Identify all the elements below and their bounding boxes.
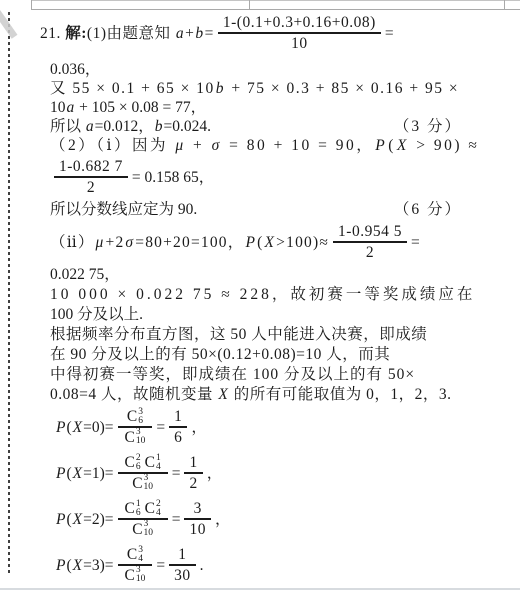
math-variable: b bbox=[195, 24, 203, 43]
fraction-numerator: 1-0.954 5 bbox=[333, 222, 407, 241]
text-run: 0.08=4 人，故随机变量 bbox=[50, 385, 217, 404]
combination-subscript: 10 bbox=[136, 437, 146, 446]
page-edge-dotted-line bbox=[8, 12, 10, 576]
text-run: =2)= bbox=[83, 510, 113, 529]
combination-letter: C bbox=[145, 499, 155, 518]
combination-letter: C bbox=[125, 453, 135, 472]
solution-line: 21. 解:(1)由题意知 a+b=1-(0.1+0.3+0.16+0.08)1… bbox=[40, 6, 502, 60]
solution-line: 1-0.682 72= 0.158 65， bbox=[50, 155, 502, 199]
fraction-denominator: 2 bbox=[184, 474, 202, 493]
math-variable: X bbox=[73, 510, 82, 529]
combination-letter: C bbox=[127, 545, 137, 564]
text-run: + bbox=[185, 24, 194, 43]
text-run: 的所有可能取值为 0，1，2，3. bbox=[229, 385, 451, 404]
fraction: C16C24C310 bbox=[118, 499, 168, 539]
text-run: + 75 × 0.3 + 85 × 0.16 + 95 × bbox=[226, 79, 459, 98]
combination-symbol: C24 bbox=[145, 499, 161, 518]
fraction-denominator: 6 bbox=[169, 428, 187, 447]
text-run: = bbox=[385, 24, 394, 43]
math-variable: X bbox=[218, 385, 228, 404]
fraction-numerator: 3 bbox=[189, 499, 207, 518]
fraction: 1-0.954 52 bbox=[333, 222, 407, 262]
fraction: C26C14C310 bbox=[118, 453, 168, 493]
combination-letter: C bbox=[125, 566, 135, 585]
combination-subscript: 10 bbox=[144, 483, 154, 492]
text-run: =3)= bbox=[83, 556, 113, 575]
combination-symbol: C310 bbox=[132, 474, 153, 493]
solution-line: P(X=1)=C26C14C310=12， bbox=[55, 450, 502, 496]
combination-subscript: 6 bbox=[136, 509, 141, 518]
text-run: =0.024. bbox=[164, 117, 212, 136]
solution-line: 中得初赛一等奖，即成绩在 100 分及以上的有 50× bbox=[50, 364, 502, 384]
math-variable: P bbox=[375, 136, 387, 155]
math-variable: b bbox=[155, 117, 163, 136]
math-variable: X bbox=[265, 233, 276, 252]
solution-line: 所以分数线应定为 90.（6 分） bbox=[50, 199, 502, 219]
fraction-numerator: 1-0.682 7 bbox=[54, 157, 128, 176]
fraction: 16 bbox=[169, 407, 187, 447]
text-run: 10 000 × 0.022 75 ≈ 228，故初赛一等奖成绩应在 bbox=[50, 285, 475, 304]
text-run: ( bbox=[388, 136, 396, 155]
text-run: 30 bbox=[174, 566, 191, 585]
text-run: 又 55 × 0.1 + 65 × 10 bbox=[50, 79, 215, 98]
text-run: = bbox=[205, 24, 214, 43]
text-run: ( bbox=[66, 464, 71, 483]
text-run: 根据频率分布直方图，这 50 人中能进入决赛，即成绩 bbox=[50, 325, 427, 344]
combination-scripts: 310 bbox=[144, 474, 154, 492]
combination-symbol: C310 bbox=[125, 428, 146, 447]
text-run: = bbox=[172, 464, 181, 483]
text-run: 1 bbox=[189, 453, 197, 472]
fraction: 130 bbox=[169, 545, 196, 585]
text-run: ( bbox=[66, 556, 71, 575]
text-run: 6 bbox=[174, 428, 182, 447]
combination-subscript: 10 bbox=[136, 575, 146, 584]
fraction: 1-0.682 72 bbox=[54, 157, 128, 197]
text-run: 1-0.682 7 bbox=[59, 157, 123, 176]
fraction: C34C310 bbox=[118, 545, 153, 585]
fraction-denominator: C310 bbox=[125, 520, 160, 539]
fraction: 1-(0.1+0.3+0.16+0.08)10 bbox=[218, 13, 381, 53]
solution-line: 又 55 × 0.1 + 65 × 10b + 75 × 0.3 + 85 × … bbox=[50, 79, 502, 98]
fraction-denominator: 10 bbox=[286, 34, 313, 53]
fraction-numerator: 1 bbox=[173, 545, 191, 564]
combination-subscript: 4 bbox=[156, 509, 161, 518]
table-remnant-divider bbox=[504, 0, 505, 10]
combination-scripts: 24 bbox=[156, 500, 161, 518]
combination-letter: C bbox=[125, 428, 135, 447]
combination-letter: C bbox=[132, 520, 142, 539]
fraction: 310 bbox=[184, 499, 211, 539]
text-run: 0.022 75， bbox=[50, 265, 120, 284]
table-remnant-top-rule bbox=[31, 0, 520, 1]
math-variable: X bbox=[397, 136, 409, 155]
combination-subscript: 6 bbox=[138, 417, 143, 426]
text-run: + 105 × 0.08 = 77， bbox=[75, 98, 206, 117]
text-run: 0.036， bbox=[50, 60, 100, 79]
solution-line: P(X=0)=C36C310=16， bbox=[55, 404, 502, 450]
text-run: 21. bbox=[40, 24, 65, 43]
text-run: = 0.158 65， bbox=[132, 168, 214, 187]
combination-subscript: 4 bbox=[156, 463, 161, 472]
combination-symbol: C14 bbox=[145, 453, 161, 472]
combination-scripts: 36 bbox=[138, 408, 143, 426]
combination-symbol: C26 bbox=[125, 453, 141, 472]
math-variable: a bbox=[86, 117, 94, 136]
math-variable: μ bbox=[175, 136, 185, 155]
text-run: 2 bbox=[189, 474, 197, 493]
combination-scripts: 26 bbox=[136, 454, 141, 472]
text-run: 2 bbox=[366, 243, 374, 262]
combination-subscript: 6 bbox=[136, 463, 141, 472]
text-run: = 80 + 10 = 90， bbox=[223, 136, 374, 155]
text-run: 1-(0.1+0.3+0.16+0.08) bbox=[223, 13, 376, 32]
solution-line: 0.022 75， bbox=[50, 265, 502, 284]
math-variable: σ bbox=[125, 233, 134, 252]
fraction-numerator: 1-(0.1+0.3+0.16+0.08) bbox=[218, 13, 381, 32]
text-run: = bbox=[156, 556, 165, 575]
math-variable: P bbox=[56, 556, 65, 575]
fraction-numerator: 1 bbox=[184, 453, 202, 472]
text-run: = bbox=[156, 418, 165, 437]
text-run: 所以 bbox=[50, 117, 85, 136]
text-run: =0)= bbox=[83, 418, 113, 437]
text-run: ， bbox=[207, 464, 223, 483]
solution-line: 所以 a=0.012，b=0.024.（3 分） bbox=[50, 117, 502, 136]
math-variable: a bbox=[176, 24, 184, 43]
score-mark: （6 分） bbox=[394, 200, 462, 219]
fraction-denominator: C310 bbox=[125, 474, 160, 493]
combination-scripts: 14 bbox=[156, 454, 161, 472]
text-run: =80+20=100， bbox=[135, 233, 244, 252]
text-run: 在 90 分及以上的有 50×(0.12+0.08)=10 人，而其 bbox=[50, 345, 390, 364]
solution-line: 0.036， bbox=[50, 60, 502, 79]
fraction-numerator: C26C14 bbox=[118, 453, 168, 472]
fraction-denominator: C310 bbox=[118, 428, 153, 447]
fraction-denominator: C310 bbox=[118, 566, 153, 585]
combination-scripts: 34 bbox=[138, 546, 143, 564]
text-run: （2）（ⅰ）因为 bbox=[50, 136, 174, 155]
combination-letter: C bbox=[127, 407, 137, 426]
combination-scripts: 310 bbox=[136, 566, 146, 584]
solution-line: P(X=2)=C16C24C310=310， bbox=[55, 496, 502, 542]
math-variable: μ bbox=[96, 233, 105, 252]
combination-symbol: C36 bbox=[127, 407, 143, 426]
fraction-numerator: 1 bbox=[169, 407, 187, 426]
solution-line: 10 000 × 0.022 75 ≈ 228，故初赛一等奖成绩应在 bbox=[50, 284, 502, 304]
combination-letter: C bbox=[125, 499, 135, 518]
text-run: >100)≈ bbox=[276, 233, 329, 252]
text-run: 2 bbox=[87, 178, 95, 197]
text-run: 3 bbox=[194, 499, 202, 518]
combination-symbol: C310 bbox=[132, 520, 153, 539]
text-run: 1 bbox=[178, 545, 186, 564]
fraction-numerator: C16C24 bbox=[118, 499, 168, 518]
math-variable: P bbox=[56, 510, 65, 529]
text-run: ( bbox=[257, 233, 263, 252]
fraction-denominator: 10 bbox=[184, 520, 211, 539]
solution-line: 根据频率分布直方图，这 50 人中能进入决赛，即成绩 bbox=[50, 324, 502, 344]
text-run: ， bbox=[191, 418, 207, 437]
fraction: 12 bbox=[184, 453, 202, 493]
combination-symbol: C16 bbox=[125, 499, 141, 518]
fraction-denominator: 2 bbox=[82, 178, 100, 197]
solution-content: 21. 解:(1)由题意知 a+b=1-(0.1+0.3+0.16+0.08)1… bbox=[50, 6, 502, 588]
math-variable: P bbox=[56, 418, 65, 437]
text-run: =0.012， bbox=[95, 117, 154, 136]
math-variable: σ bbox=[212, 136, 222, 155]
fraction-numerator: C36 bbox=[120, 407, 150, 426]
table-remnant-divider bbox=[31, 0, 32, 10]
text-run: ( bbox=[66, 418, 71, 437]
combination-subscript: 10 bbox=[144, 529, 154, 538]
math-variable: X bbox=[73, 556, 82, 575]
combination-scripts: 16 bbox=[136, 500, 141, 518]
combination-symbol: C310 bbox=[125, 566, 146, 585]
bottom-divider bbox=[0, 588, 520, 590]
text-run: = bbox=[172, 510, 181, 529]
text-run: （ⅱ） bbox=[50, 233, 95, 252]
combination-letter: C bbox=[132, 474, 142, 493]
combination-scripts: 310 bbox=[144, 520, 154, 538]
text-run: > 90) ≈ bbox=[410, 136, 480, 155]
combination-scripts: 310 bbox=[136, 428, 146, 446]
combination-symbol: C34 bbox=[127, 545, 143, 564]
math-variable: X bbox=[73, 418, 82, 437]
math-variable: b bbox=[216, 79, 225, 98]
solution-line: 10a + 105 × 0.08 = 77， bbox=[50, 98, 502, 117]
combination-letter: C bbox=[145, 453, 155, 472]
text-run: 10 bbox=[50, 98, 66, 117]
text-run: (1)由题意知 bbox=[87, 24, 175, 43]
text-run: 1 bbox=[174, 407, 182, 426]
text-run: 所以分数线应定为 90. bbox=[50, 200, 197, 219]
text-run: =1)= bbox=[83, 464, 113, 483]
score-mark: （3 分） bbox=[394, 117, 462, 136]
text-run: ( bbox=[66, 510, 71, 529]
text-run: = bbox=[411, 233, 421, 252]
fraction: C36C310 bbox=[118, 407, 153, 447]
math-variable: P bbox=[56, 464, 65, 483]
fraction-denominator: 30 bbox=[169, 566, 196, 585]
document-page: 21. 解:(1)由题意知 a+b=1-(0.1+0.3+0.16+0.08)1… bbox=[0, 0, 520, 592]
math-variable: a bbox=[67, 98, 75, 117]
solution-line: 在 90 分及以上的有 50×(0.12+0.08)=10 人，而其 bbox=[50, 344, 502, 364]
solution-label: 解: bbox=[65, 24, 87, 43]
text-run: + bbox=[187, 136, 211, 155]
text-run: ， bbox=[215, 510, 231, 529]
solution-line: （2）（ⅰ）因为 μ + σ = 80 + 10 = 90，P(X > 90) … bbox=[50, 136, 502, 155]
text-run: +2 bbox=[106, 233, 125, 252]
text-run: 100 分及以上. bbox=[50, 305, 143, 324]
math-variable: X bbox=[73, 464, 82, 483]
solution-line: 0.08=4 人，故随机变量 X 的所有可能取值为 0，1，2，3. bbox=[50, 384, 502, 404]
text-run: 中得初赛一等奖，即成绩在 100 分及以上的有 50× bbox=[50, 365, 415, 384]
text-run: 10 bbox=[189, 520, 206, 539]
fraction-denominator: 2 bbox=[361, 243, 379, 262]
text-run: 10 bbox=[291, 34, 308, 53]
text-run: . bbox=[200, 556, 204, 575]
math-variable: P bbox=[245, 233, 256, 252]
solution-line: （ⅱ）μ+2σ=80+20=100，P(X>100)≈1-0.954 52= bbox=[50, 219, 502, 265]
text-run: 1-0.954 5 bbox=[338, 222, 402, 241]
solution-line: 100 分及以上. bbox=[50, 304, 502, 324]
combination-subscript: 4 bbox=[138, 555, 143, 564]
fraction-numerator: C34 bbox=[120, 545, 150, 564]
solution-line: P(X=3)=C34C310=130. bbox=[55, 542, 502, 588]
